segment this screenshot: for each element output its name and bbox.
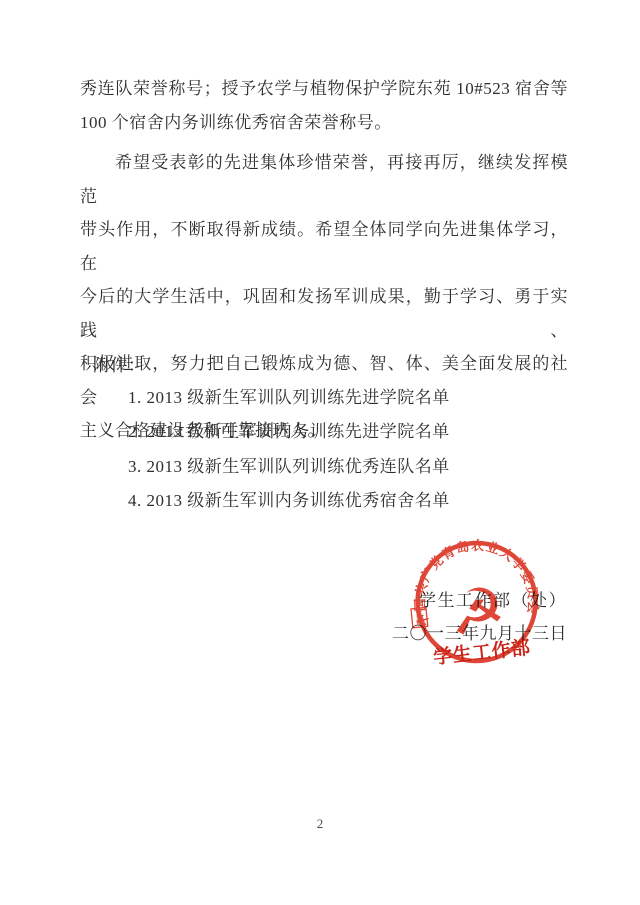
attachment-item: 4. 2013 级新生军训内务训练优秀宿舍名单 xyxy=(128,484,568,518)
seal-side-mark-bottom: 制 xyxy=(416,617,424,627)
official-seal: 中国共产党青岛农业大学委员会 ☭ 学生工作部 正 制 xyxy=(403,529,551,682)
body-line: 今后的大学生活中，巩固和发扬军训成果，勤于学习、勇于实践、 xyxy=(80,280,568,347)
attachment-item: 3. 2013 级新生军训队列训练优秀连队名单 xyxy=(128,450,568,484)
attachment-item: 1. 2013 级新生军训队列训练先进学院名单 xyxy=(128,381,568,415)
attachment-label: 附件： xyxy=(93,349,146,383)
body-line: 100 个宿舍内务训练优秀宿舍荣誉称号。 xyxy=(80,106,568,140)
body-line: 带头作用，不断取得新成绩。希望全体同学向先进集体学习，在 xyxy=(80,213,568,280)
body-line: 希望受表彰的先进集体珍惜荣誉，再接再厉，继续发挥模范 xyxy=(80,146,568,213)
hammer-sickle-icon: ☭ xyxy=(446,572,509,650)
page-number: 2 xyxy=(0,816,640,832)
paragraph-continuation: 秀连队荣誉称号；授予农学与植物保护学院东苑 10#523 宿舍等 100 个宿舍… xyxy=(80,72,568,140)
attachment-list: 1. 2013 级新生军训队列训练先进学院名单 2. 2013 级新生军训内务训… xyxy=(128,381,568,518)
body-line: 秀连队荣誉称号；授予农学与植物保护学院东苑 10#523 宿舍等 xyxy=(80,72,568,106)
attachment-item: 2. 2013 级新生军训内务训练先进学院名单 xyxy=(128,415,568,449)
